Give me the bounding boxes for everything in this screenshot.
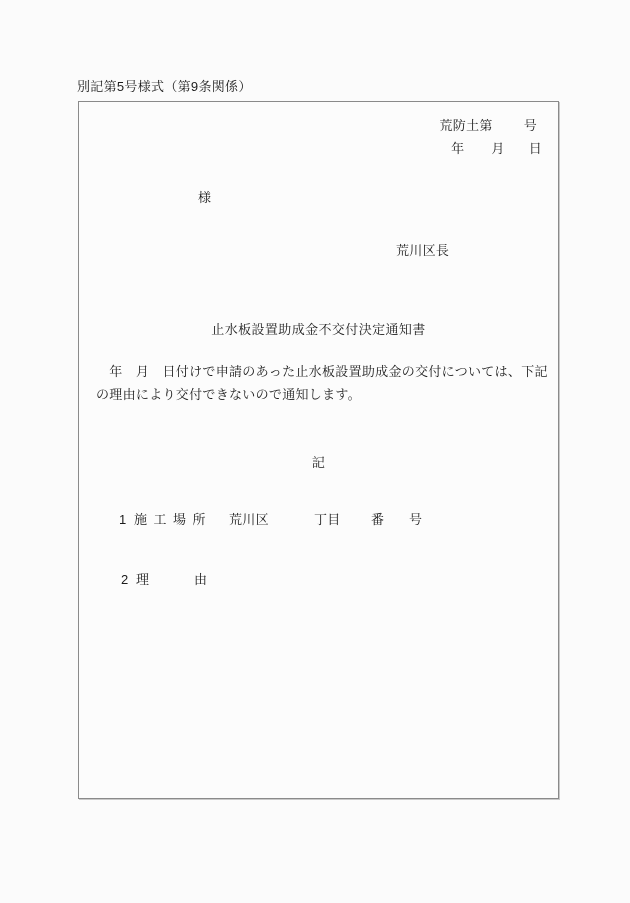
body-line-1: 年 月 日付けで申請のあった止水板設置助成金の交付については、下記 — [96, 360, 552, 383]
doc-number-prefix: 荒防土第 — [439, 118, 492, 133]
item-row-reason: 2 理 由 — [79, 572, 558, 588]
form-style-label: 別記第5号様式（第9条関係） — [77, 76, 252, 95]
item1-ward: 荒川区 — [229, 512, 269, 527]
item1-ban-label: 番 — [371, 512, 384, 527]
item2-label-left: 理 — [136, 572, 149, 587]
item1-go-label: 号 — [409, 512, 422, 527]
list-marker-ki: 記 — [79, 455, 558, 470]
document-title: 止水板設置助成金不交付決定通知書 — [79, 322, 558, 337]
document-page: 別記第5号様式（第9条関係） 荒防土第号 年月日 様 荒川区長 止水板設置助成金… — [0, 0, 630, 903]
item2-number: 2 — [121, 572, 129, 587]
item1-chome-label: 丁目 — [314, 512, 341, 527]
body-paragraph: 年 月 日付けで申請のあった止水板設置助成金の交付については、下記 の理由により… — [96, 360, 552, 406]
recipient-honorific: 様 — [198, 190, 211, 205]
item-row-construction-site: 1 施工場所 荒川区 丁目 番 号 — [79, 512, 558, 528]
body-line-2: の理由により交付できないので通知します。 — [96, 383, 552, 406]
date-line: 年月日 — [451, 141, 542, 156]
date-year-label: 年 — [451, 141, 464, 156]
document-number-line: 荒防土第号 — [439, 118, 537, 133]
item1-number: 1 — [119, 512, 127, 527]
item2-label-right: 由 — [194, 572, 207, 587]
date-day-label: 日 — [529, 141, 542, 156]
date-month-label: 月 — [491, 141, 504, 156]
item1-label: 施工場所 — [134, 512, 212, 527]
sender-name: 荒川区長 — [396, 243, 449, 258]
doc-number-suffix: 号 — [524, 118, 537, 133]
document-frame: 荒防土第号 年月日 様 荒川区長 止水板設置助成金不交付決定通知書 年 月 日付… — [78, 101, 559, 799]
